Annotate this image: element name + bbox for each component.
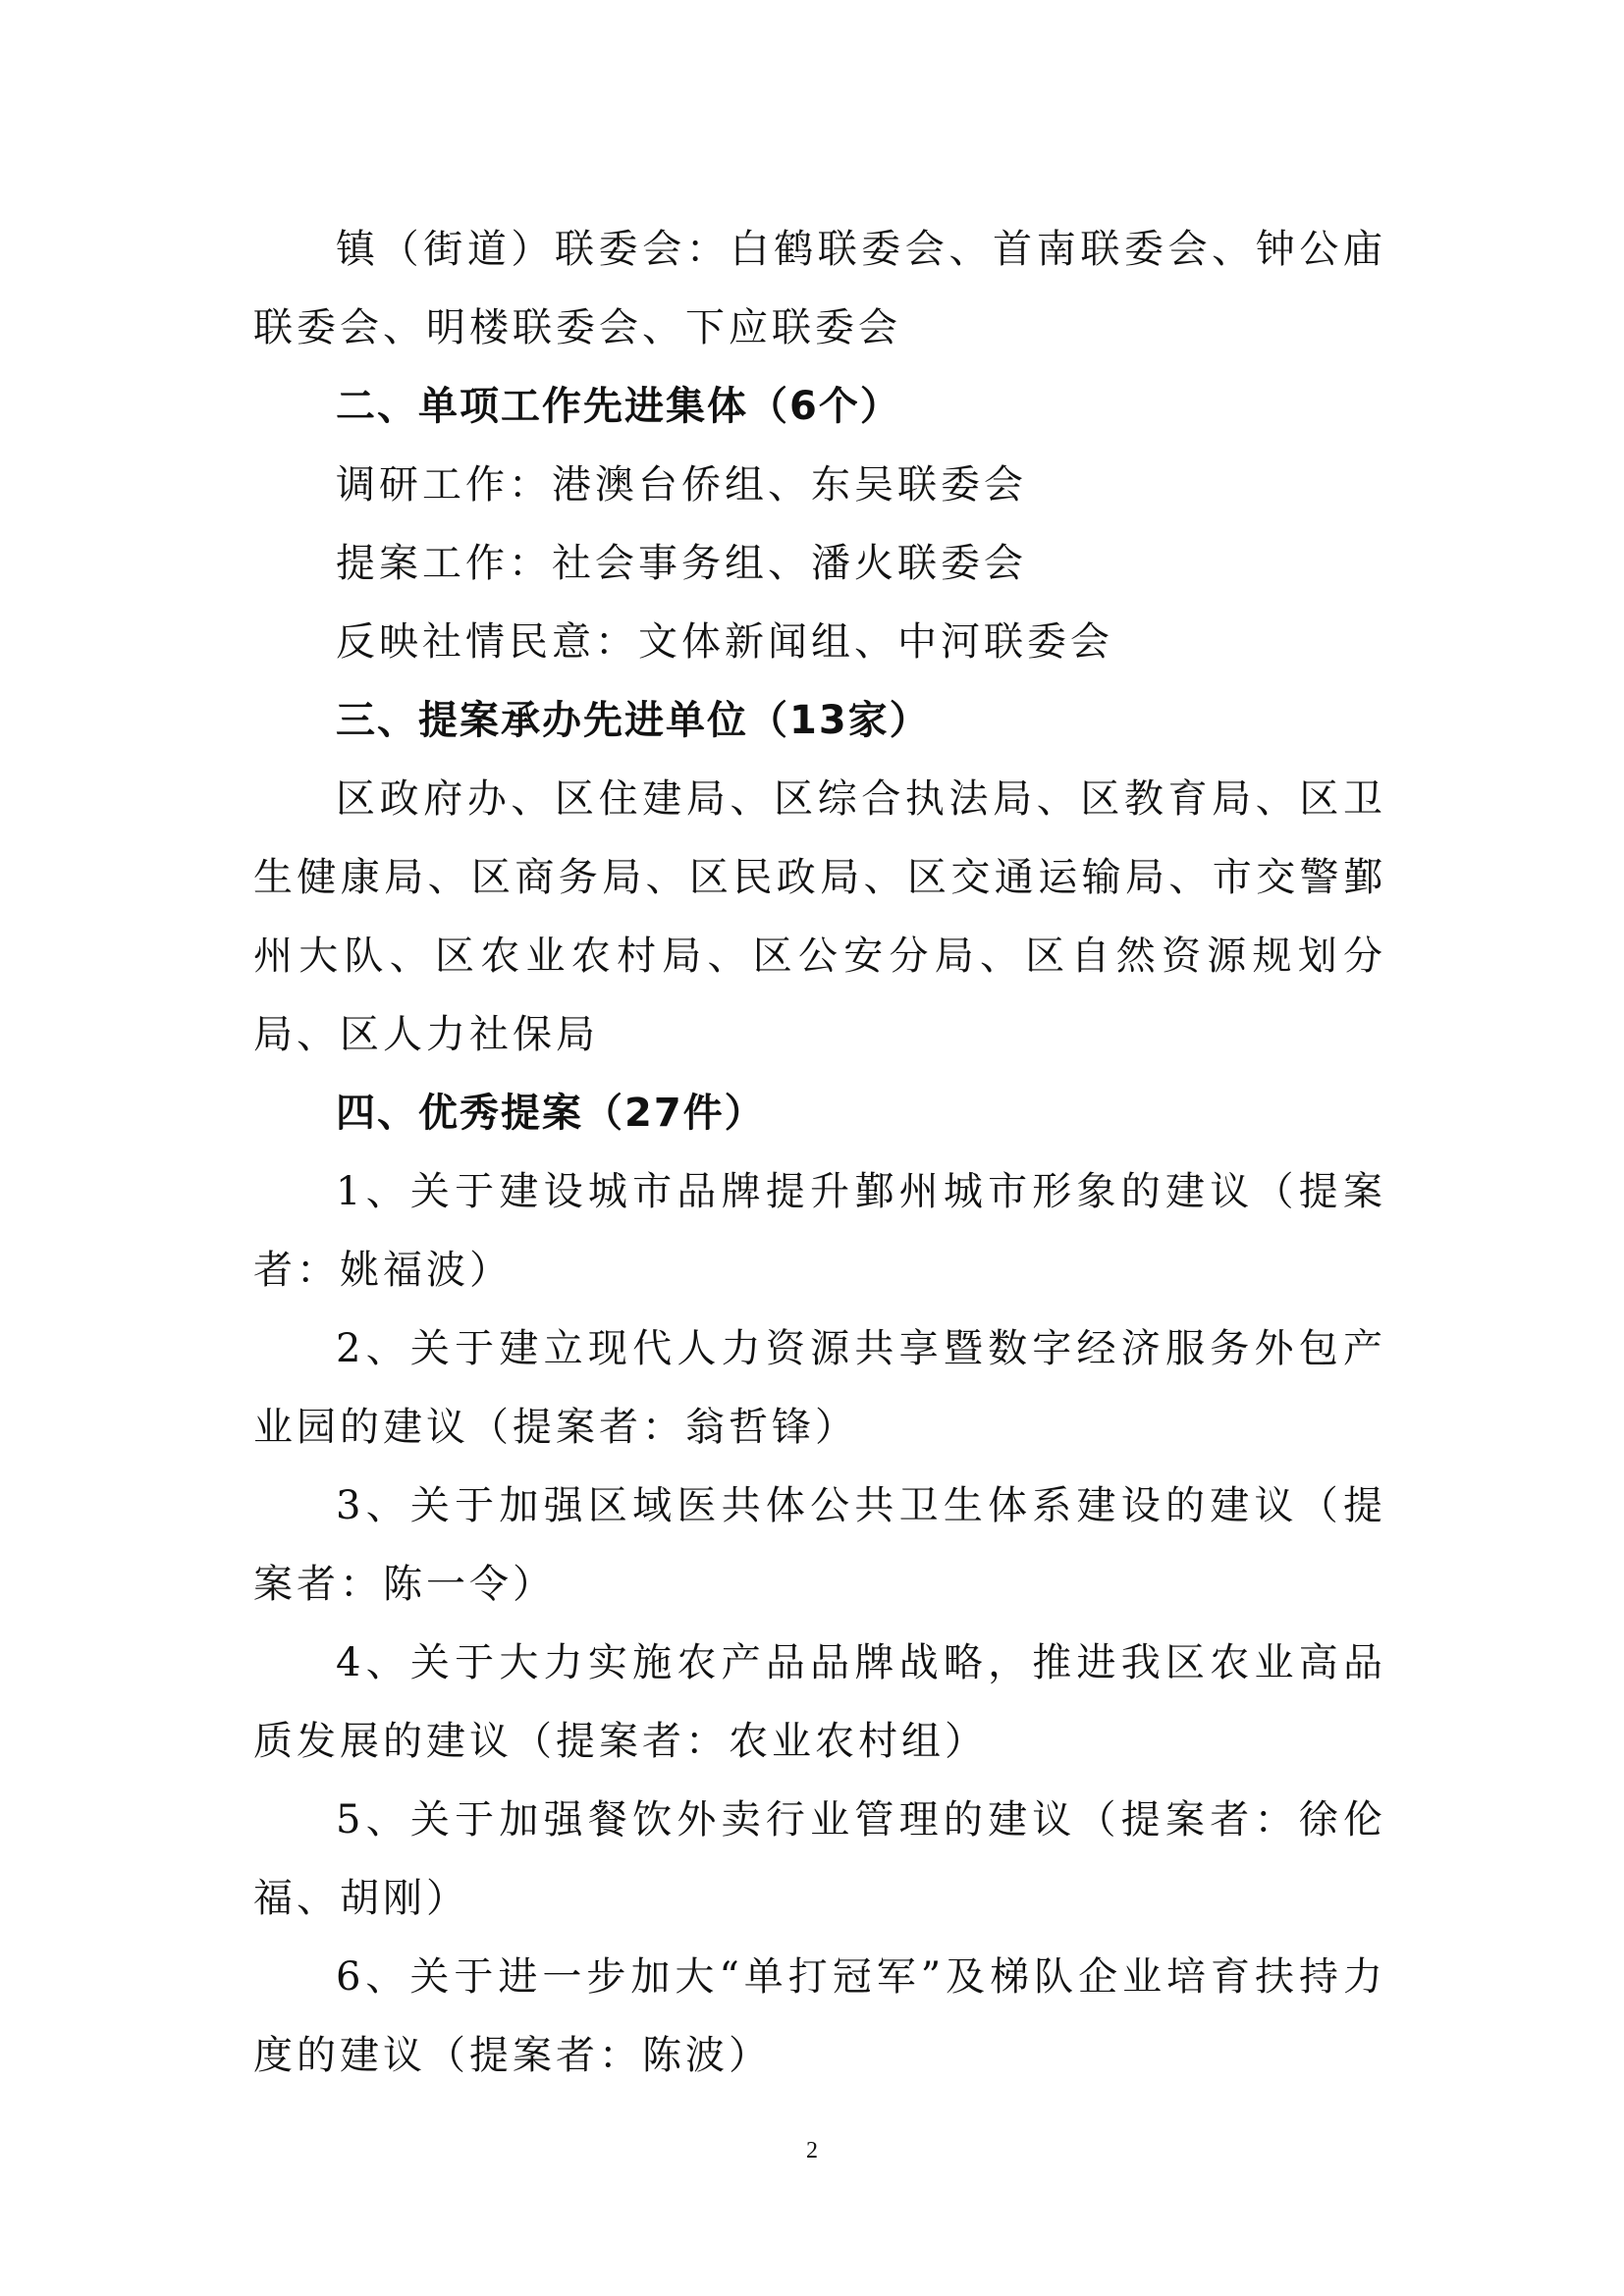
page-number: 2 <box>0 2138 1624 2164</box>
public-opinion-paragraph: 反映社情民意：文体新闻组、中河联委会 <box>253 603 1386 681</box>
research-work-paragraph: 调研工作：港澳台侨组、东吴联委会 <box>253 446 1386 524</box>
proposal-item: 6、关于进一步加大“单打冠军”及梯队企业培育扶持力度的建议（提案者：陈波） <box>253 1938 1386 2095</box>
proposal-item: 1、关于建设城市品牌提升鄞州城市形象的建议（提案者：姚福波） <box>253 1152 1386 1309</box>
proposal-item: 5、关于加强餐饮外卖行业管理的建议（提案者：徐伦福、胡刚） <box>253 1781 1386 1938</box>
proposal-item: 3、关于加强区域医共体公共卫生体系建设的建议（提案者：陈一令） <box>253 1467 1386 1624</box>
section-heading-handling-units: 三、提案承办先进单位（13家） <box>253 681 1386 760</box>
town-committees-paragraph: 镇（街道）联委会：白鹤联委会、首南联委会、钟公庙联委会、明楼联委会、下应联委会 <box>253 210 1386 367</box>
proposal-work-paragraph: 提案工作：社会事务组、潘火联委会 <box>253 524 1386 603</box>
proposal-item: 2、关于建立现代人力资源共享暨数字经济服务外包产业园的建议（提案者：翁哲锋） <box>253 1309 1386 1467</box>
handling-units-paragraph: 区政府办、区住建局、区综合执法局、区教育局、区卫生健康局、区商务局、区民政局、区… <box>253 760 1386 1074</box>
section-heading-excellent-proposals: 四、优秀提案（27件） <box>253 1074 1386 1152</box>
section-heading-single-item-collectives: 二、单项工作先进集体（6个） <box>253 367 1386 446</box>
proposal-item: 4、关于大力实施农产品品牌战略，推进我区农业高品质发展的建议（提案者：农业农村组… <box>253 1624 1386 1781</box>
document-page: 镇（街道）联委会：白鹤联委会、首南联委会、钟公庙联委会、明楼联委会、下应联委会 … <box>253 210 1386 2095</box>
